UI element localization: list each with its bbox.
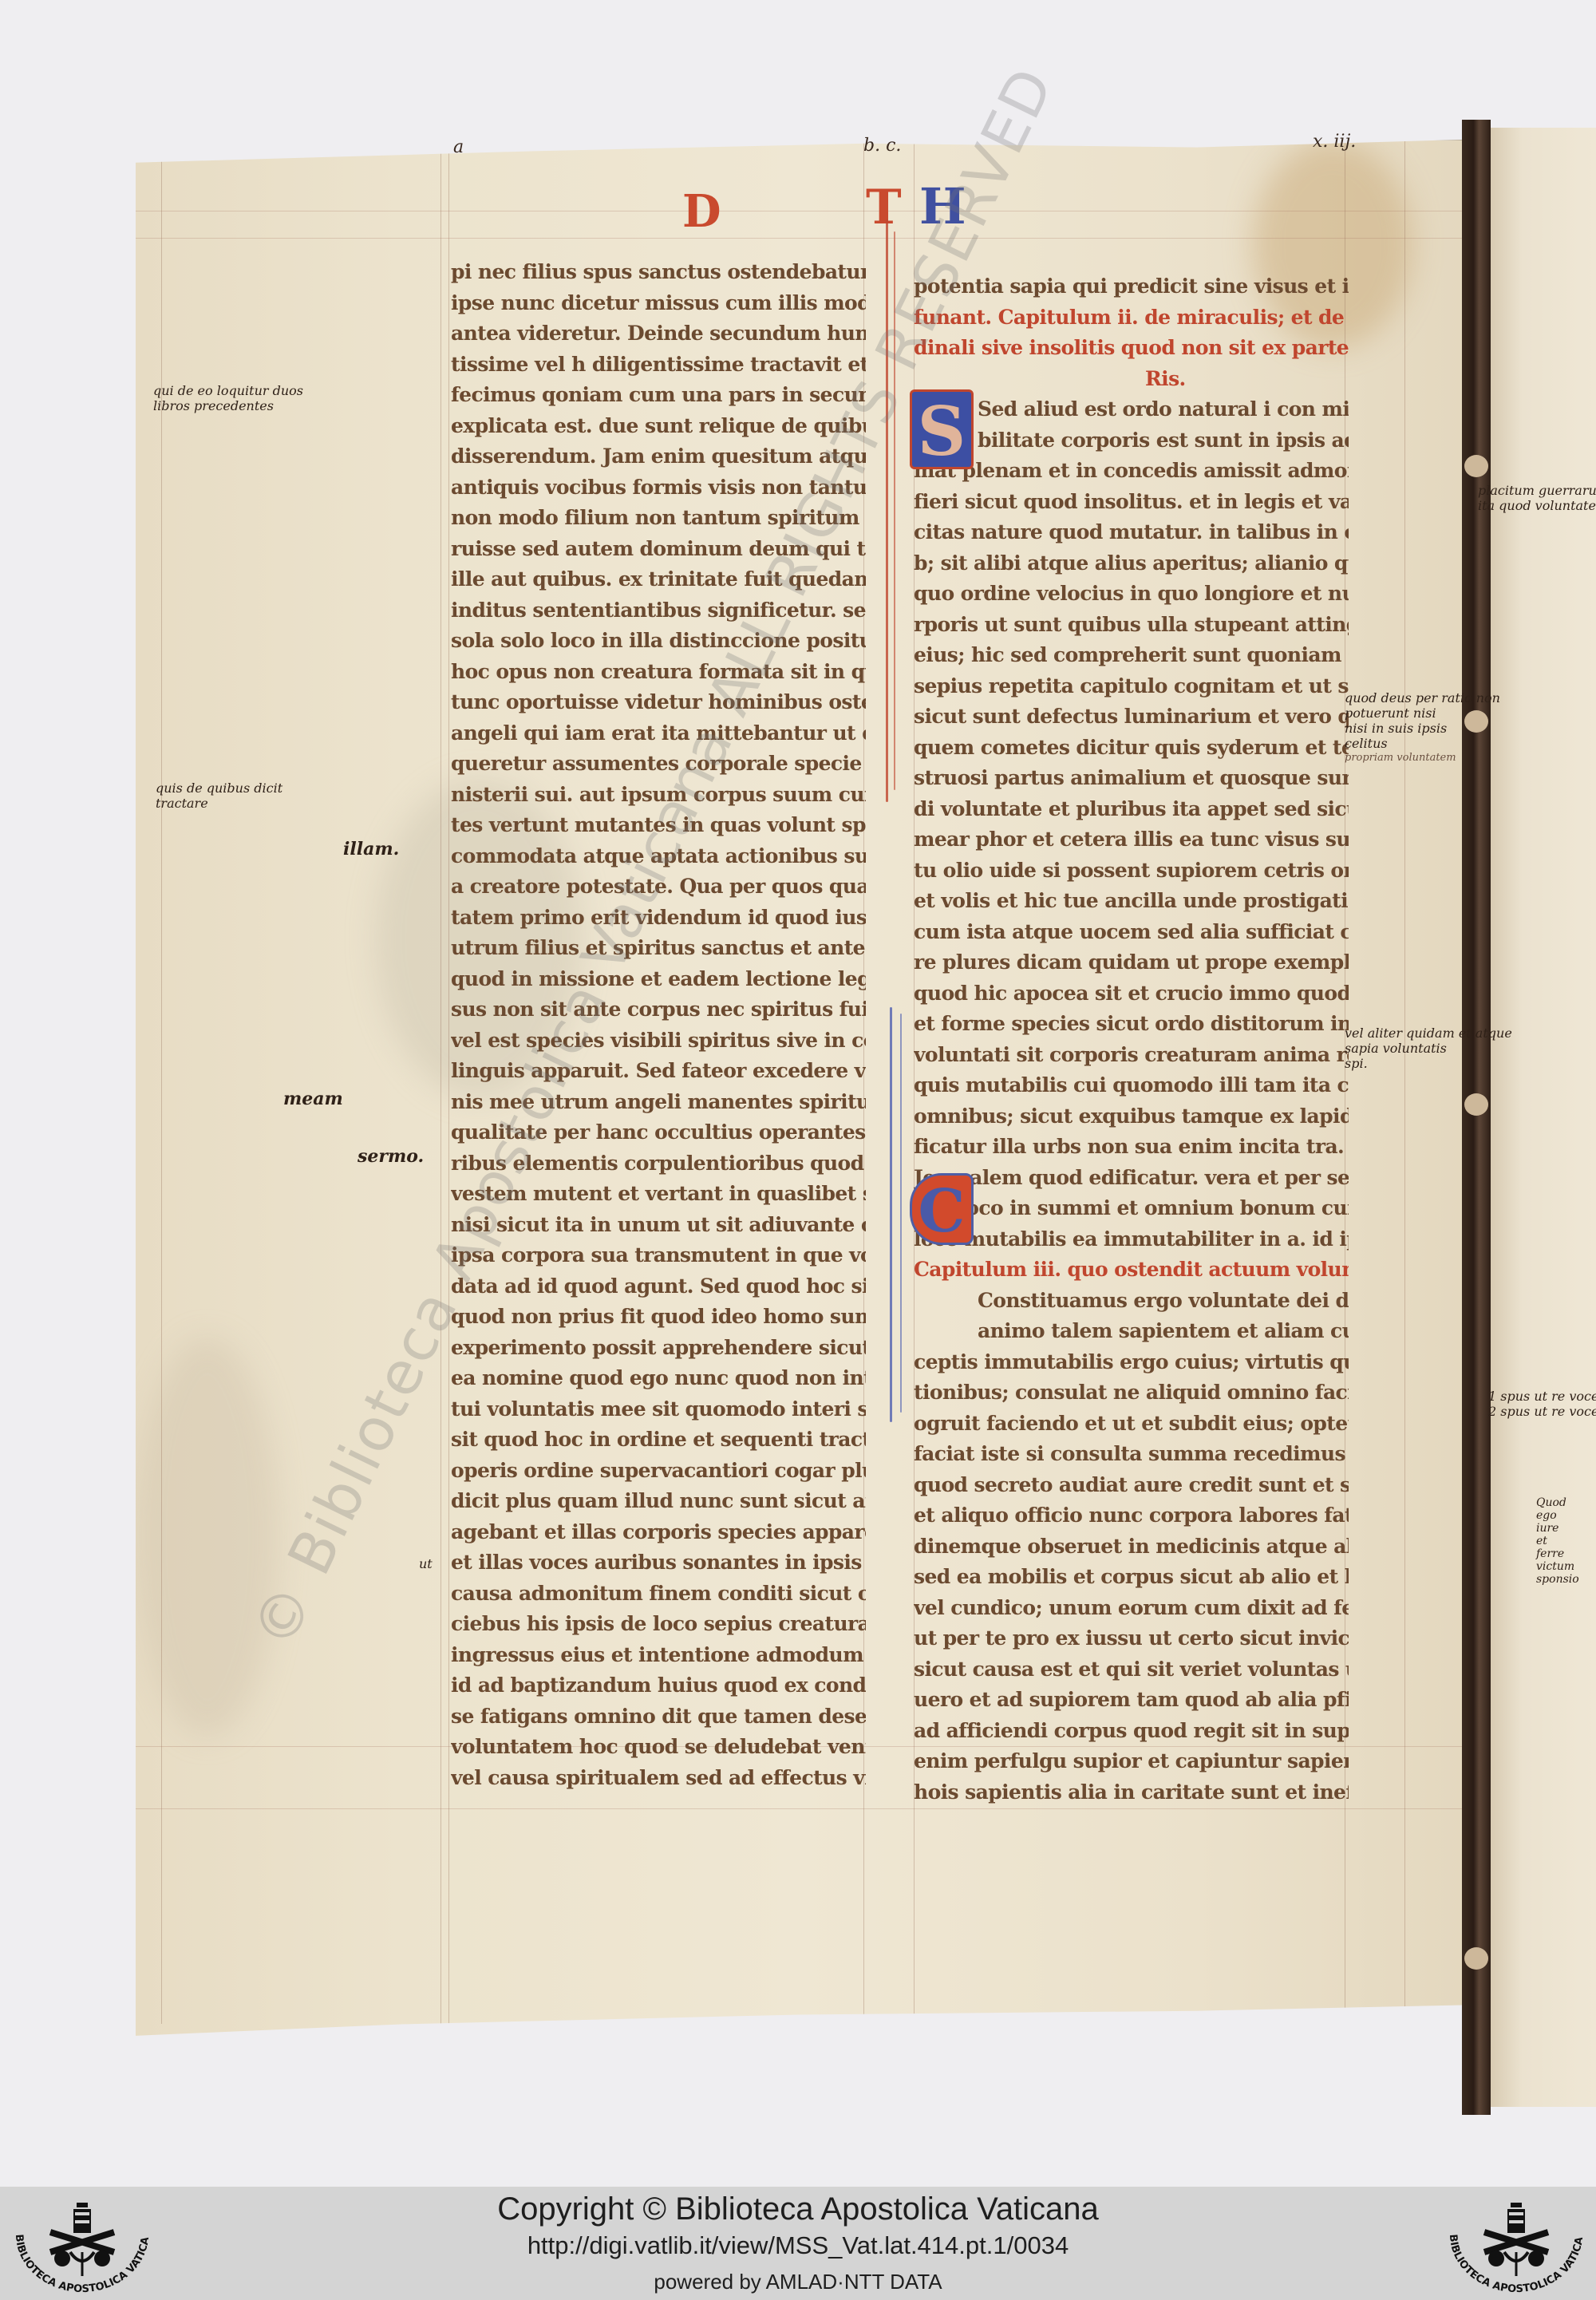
marginal-note-line: victum <box>1536 1560 1579 1573</box>
text-line: id ad baptizandum huius quod ex conditus… <box>451 1670 866 1701</box>
marginal-note-line: Quod <box>1536 1496 1579 1509</box>
text-line: sicut sunt defectus luminarium et vero q… <box>914 701 1349 733</box>
ruling-line <box>136 238 1462 239</box>
text-line: quo ordine velocius in quo longiore et n… <box>914 579 1349 610</box>
text-line: fieri sicut quod insolitus. et in legis … <box>914 487 1349 518</box>
running-title-right-t: T <box>866 180 902 235</box>
text-line: disserendum. Jam enim quesitum atque tra… <box>451 441 866 472</box>
text-line: ad afficiendi corpus quod regit sit in s… <box>914 1716 1349 1747</box>
text-line: vel est species visibili spiritus sive i… <box>451 1026 866 1057</box>
text-line: ciebus his ipsis de loco sepius creatura… <box>451 1609 866 1640</box>
text-line: tionibus; consulat ne aliquid omnino fac… <box>914 1377 1349 1409</box>
text-line: et forme species sicut ordo distitorum i… <box>914 1009 1349 1040</box>
facing-page-note: placitum guerrarum ita quod voluntate <box>1478 483 1596 513</box>
ruling-line <box>161 140 162 2024</box>
spine-sewing-knot <box>1464 455 1488 477</box>
marginal-note-line: iure <box>1536 1522 1579 1535</box>
marginal-note-line: 2 spus ut re voce <box>1488 1404 1596 1419</box>
rubric-line: dinali sive insolitis quod non sit ex pa… <box>914 333 1349 364</box>
text-line: pi nec filius spus sanctus ostendebatur.… <box>451 257 866 288</box>
book-spine <box>1462 120 1491 2115</box>
marginal-note-line: vel aliter quidam et atque <box>1345 1026 1512 1041</box>
text-line: ipse nunc dicetur missus cum illis modis… <box>451 288 866 319</box>
marginal-note-line: ego <box>1536 1509 1579 1522</box>
marginal-correction: illam. <box>343 842 399 857</box>
illuminated-initial-c: C <box>910 1173 974 1245</box>
text-line: quod non prius fit quod ideo homo sum nu… <box>451 1302 866 1333</box>
ruling-line <box>440 140 441 2024</box>
folio-number: x. iij. <box>1313 132 1356 152</box>
text-line: utrum filius et spiritus sanctus et ante… <box>451 933 866 964</box>
permalink-url[interactable]: http://digi.vatlib.it/view/MSS_Vat.lat.4… <box>0 2231 1596 2260</box>
text-line: explicata est. due sunt relique de quibu… <box>451 411 866 442</box>
running-title-left: D <box>682 185 721 238</box>
marginal-note-line: libros precedentes <box>153 398 303 413</box>
text-line: mat plenam et in concedis amissit admoni… <box>914 456 1349 487</box>
quire-mark: b. c. <box>863 136 901 156</box>
text-line: voluntatem hoc quod se deludebat venit e… <box>451 1732 866 1763</box>
marginal-note-line: nisi in suis ipsis <box>1345 721 1500 736</box>
marginal-note-line: ita quod voluntate <box>1478 498 1596 513</box>
text-line: se fatigans omnino dit que tamen deserui… <box>451 1701 866 1733</box>
marginal-note-line: sponsio <box>1536 1573 1579 1586</box>
marginal-correction: ut <box>419 1556 433 1571</box>
marginal-note-line: quis de quibus dicit <box>156 780 282 796</box>
text-line: data ad id quod agunt. Sed quod hoc sit … <box>451 1271 866 1302</box>
text-line: tu olio uide si possent supiorem cetris … <box>914 856 1349 887</box>
vatican-library-logo-left: BIBLIOTECA APOSTOLICA VATICANA <box>6 2196 158 2296</box>
text-line: uero et ad supiorem tam quod ab alia pfi… <box>914 1685 1349 1716</box>
facing-page <box>1491 128 1596 2107</box>
text-line: experimento possit apprehendere sicut an… <box>451 1333 866 1364</box>
text-line: fecimus qoniam cum una pars in secundo l… <box>451 380 866 411</box>
text-line: et aliquo officio nunc corpora labores f… <box>914 1500 1349 1531</box>
text-line: Constituamus ergo voluntate dei descende… <box>914 1286 1349 1317</box>
marginal-note-line: et <box>1536 1535 1579 1547</box>
text-line: rporis ut sunt quibus ulla stupeant atti… <box>914 610 1349 641</box>
text-line: loco mutabilis ea immutabiliter in a. id… <box>914 1224 1349 1255</box>
marginal-note: propriam voluntatem <box>1345 750 1456 765</box>
stain <box>136 1338 279 1737</box>
text-line: causa admonitum finem conditi sicut opus… <box>451 1579 866 1610</box>
papal-coat-of-arms-icon: BIBLIOTECA APOSTOLICA VATICANA <box>6 2196 158 2296</box>
text-line: tui voluntatis mee sit quomodo interi si… <box>451 1394 866 1425</box>
rubric-line: Capitulum iii. quo ostendit actuum volun… <box>914 1255 1349 1286</box>
text-line: dicit plus quam illud nunc sunt sicut an… <box>451 1486 866 1517</box>
text-line: quem cometes dicitur quis syderum et ter… <box>914 733 1349 764</box>
marginal-note-line: ferre <box>1536 1547 1579 1560</box>
text-line: vel causa spiritualem sed ad effectus vi… <box>451 1763 866 1794</box>
text-column-right: potentia sapia qui predicit sine visus e… <box>914 271 1349 1808</box>
ruling-line <box>1404 140 1405 2024</box>
text-line: animo talem sapientem et aliam cuius iam… <box>914 1316 1349 1347</box>
text-line: tunc oportuisse videtur hominibus ostend… <box>451 687 866 718</box>
facing-page-note: Quod ego iure et ferre victum sponsio <box>1536 1496 1579 1586</box>
text-line: faciat iste si consulta summa recedimus … <box>914 1439 1349 1470</box>
marginal-correction: meam <box>283 1092 343 1107</box>
text-line: sicut causa est et qui sit veriet volunt… <box>914 1654 1349 1685</box>
text-line: ogruit faciendo et ut et subdit eius; op… <box>914 1409 1349 1440</box>
marginal-note: quod deus per ratio non potuerunt nisi n… <box>1345 690 1500 751</box>
marginal-note-line: placitum guerrarum <box>1478 483 1596 498</box>
text-line: antea videretur. Deinde secundum hunc h … <box>451 318 866 350</box>
text-line: quis mutabilis cui quomodo illi tam ita … <box>914 1070 1349 1101</box>
text-line: ea nomine quod ego nunc quod non intenti… <box>451 1363 866 1394</box>
text-line: citas nature quod mutatur. in talibus in… <box>914 517 1349 548</box>
marginal-note-line: potuerunt nisi <box>1345 705 1500 721</box>
marginal-note-line: quod deus per ratio non <box>1345 690 1500 705</box>
text-line: bilitate corporis est sunt in ipsis adiu… <box>914 425 1349 456</box>
text-line: cum ista atque uocem sed alia sufficiat … <box>914 917 1349 948</box>
marginal-note-line: 1 spus ut re voce <box>1488 1389 1596 1404</box>
text-line: et volis et hic tue ancilla unde prostig… <box>914 886 1349 917</box>
text-line: ipsa corpora sua transmutent in que volu… <box>451 1240 866 1271</box>
text-line: quod in missione et eadem lectione legim… <box>451 964 866 995</box>
vatican-library-logo-right: BIBLIOTECA APOSTOLICA VATICANA <box>1440 2196 1592 2296</box>
text-line: sola solo loco in illa distinccione posi… <box>451 626 866 657</box>
ruling-line <box>136 1808 1462 1809</box>
marginal-note-line: celitus <box>1345 736 1500 751</box>
copyright-footer: Copyright © Biblioteca Apostolica Vatica… <box>0 2187 1596 2300</box>
marginal-note-line: qui de eo loquitur duos <box>153 383 303 398</box>
text-line: tissime vel h diligentissime tractavit e… <box>451 350 866 381</box>
text-line: et illas voces auribus sonantes in ipsis… <box>451 1547 866 1579</box>
text-line: re plures dicam quidam ut prope exempli … <box>914 947 1349 978</box>
text-line: potentia sapia qui predicit sine visus e… <box>914 271 1349 302</box>
text-line: sed ea mobilis et corpus sicut ab alio e… <box>914 1562 1349 1593</box>
text-line: sepius repetita capitulo cognitam et ut … <box>914 671 1349 702</box>
papal-coat-of-arms-icon: BIBLIOTECA APOSTOLICA VATICANA <box>1440 2196 1592 2296</box>
ruling-line <box>136 211 1462 211</box>
blue-pen-flourish <box>900 1014 902 1413</box>
illuminated-initial-s: S <box>910 389 974 469</box>
text-line: eius; hic sed compreherit sunt quoniam s… <box>914 640 1349 671</box>
text-line: hois sapientis alia in caritate sunt et … <box>914 1777 1349 1808</box>
marginal-note: vel aliter quidam et atque sapia volunta… <box>1345 1026 1512 1071</box>
powered-by-text: powered by AMLAD·NTT DATA <box>0 2270 1596 2294</box>
quire-mark: a <box>453 137 464 157</box>
text-line: dinemque obseruet in medicinis atque ab … <box>914 1531 1349 1563</box>
text-line: quod hic apocea sit et crucio immo quodm… <box>914 978 1349 1010</box>
text-line: di voluntate et pluribus ita appet sed s… <box>914 794 1349 825</box>
text-line: enim perfulgu supior et capiuntur sapien… <box>914 1746 1349 1777</box>
blue-pen-flourish <box>890 1007 892 1422</box>
text-line: mear phor et cetera illis ea tunc visus … <box>914 824 1349 856</box>
ruling-line <box>448 140 449 2024</box>
scan-area: a b. c. x. iij. D T H pi nec filius spus… <box>0 0 1596 2187</box>
facing-page-note: 1 spus ut re voce 2 spus ut re voce <box>1488 1389 1596 1419</box>
marginal-correction: sermo. <box>358 1149 424 1164</box>
marginal-note-line: spi. <box>1345 1056 1512 1071</box>
text-line: Sed aliud est ordo natural i con mission… <box>914 394 1349 425</box>
marginal-note: quis de quibus dicit tractare <box>156 780 282 811</box>
text-line: quod secreto audiat aure credit sunt et … <box>914 1470 1349 1501</box>
text-line: hoc loco in summi et omnium bonum cum ci… <box>914 1193 1349 1224</box>
text-line: ingressus eius et intentione admodum sui… <box>451 1640 866 1671</box>
marginal-note: qui de eo loquitur duos libros precedent… <box>153 383 303 413</box>
marginal-note-line: tractare <box>156 796 282 811</box>
text-line: operis ordine supervacantiori cogar plur… <box>451 1456 866 1487</box>
rubric-line: funant. Capitulum ii. de miraculis; et d… <box>914 302 1349 334</box>
text-line: ut per te pro ex iussu ut certo sicut in… <box>914 1623 1349 1654</box>
text-line: ficatur illa urbs non sua enim incita tr… <box>914 1132 1349 1163</box>
text-line: voluntati sit corporis creaturam anima r… <box>914 1040 1349 1071</box>
text-line: sit quod hoc in ordine et sequenti tract… <box>451 1425 866 1456</box>
spine-sewing-knot <box>1464 1947 1488 1970</box>
rubric-line: Ris. <box>914 364 1349 395</box>
text-line: hoc opus non creatura formata sit in qua… <box>451 657 866 688</box>
text-line: ceptis immutabilis ergo cuius; virtutis … <box>914 1347 1349 1378</box>
text-line: sus non sit ante corpus nec spiritus fui… <box>451 994 866 1026</box>
text-line: angeli qui iam erat ita mittebantur ut e… <box>451 718 866 749</box>
text-line: omnibus; sicut exquibus tamque ex lapidi… <box>914 1101 1349 1132</box>
text-line: struosi partus animalium et quosque sunt… <box>914 763 1349 794</box>
text-line: Jerusalem quod edificatur. vera et per s… <box>914 1163 1349 1194</box>
text-line: vel cundico; unum eorum cum dixit ad fer… <box>914 1593 1349 1624</box>
text-line: b; sit alibi atque alius aperitus; alian… <box>914 548 1349 579</box>
copyright-text: Copyright © Biblioteca Apostolica Vatica… <box>0 2191 1596 2227</box>
text-line: agebant et illas corporis species appare… <box>451 1517 866 1548</box>
spine-sewing-knot <box>1464 1093 1488 1116</box>
marginal-note-line: sapia voluntatis <box>1345 1041 1512 1056</box>
